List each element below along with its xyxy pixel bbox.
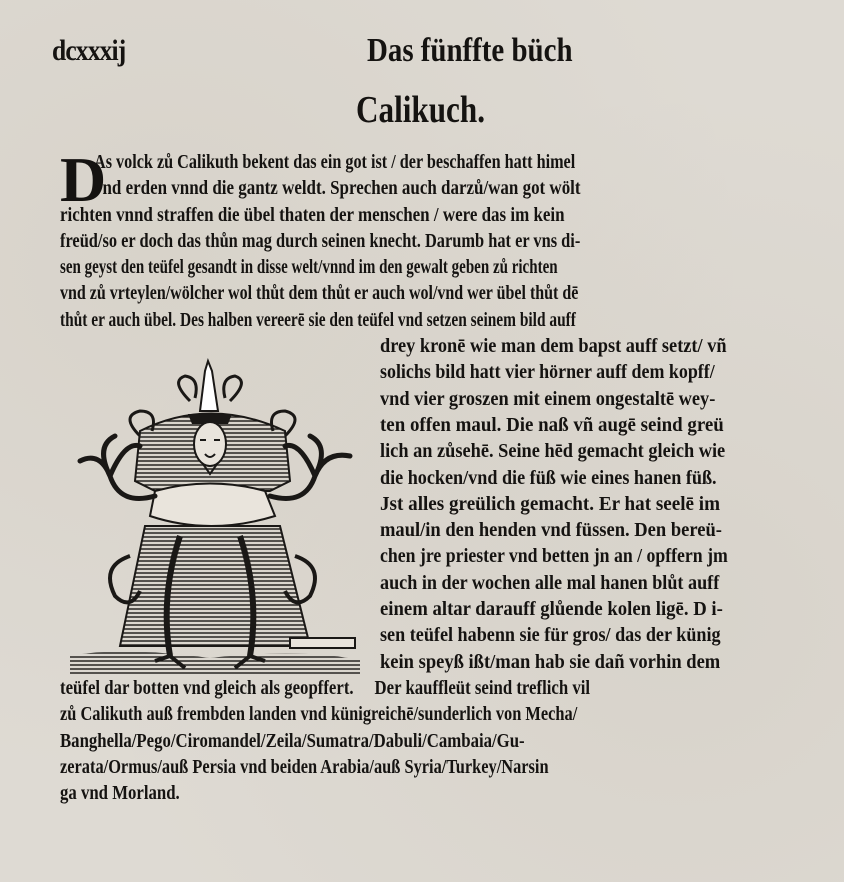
woodcut-illustration: [60, 356, 365, 706]
text-line: Banghella/Pego/Ciromandel/Zeila/Sumatra/…: [60, 729, 826, 755]
text-line: zů Calikuth auß frembden landen vnd küni…: [60, 702, 826, 728]
text-line: richten vnnd straffen die übel thaten de…: [60, 203, 826, 229]
devil-woodcut-icon: [60, 356, 365, 706]
text-line: vnd erden vnnd die gantz weldt. Sprechen…: [60, 176, 826, 202]
page-header: dcxxxij Das fünffte büch: [0, 28, 844, 78]
section-title: Calikuch.: [356, 88, 485, 132]
text-line: sen geyst den teüfel gesandt in disse we…: [60, 255, 826, 281]
text-line: vnd zů vrteylen/wölcher wol thůt dem thů…: [60, 281, 826, 307]
running-head: Das fünffte büch: [367, 32, 573, 70]
folio-number: dcxxxij: [52, 34, 125, 68]
text-line: As volck zů Calikuth bekent das ein got …: [60, 150, 826, 176]
text-line: zerata/Ormus/auß Persia vnd beiden Arabi…: [60, 755, 826, 781]
text-line: ga vnd Morland.: [60, 781, 826, 807]
text-line: thůt er auch übel. Des halben vereerē si…: [60, 308, 826, 334]
text-line: freüd/so er doch das thůn mag durch sein…: [60, 229, 826, 255]
